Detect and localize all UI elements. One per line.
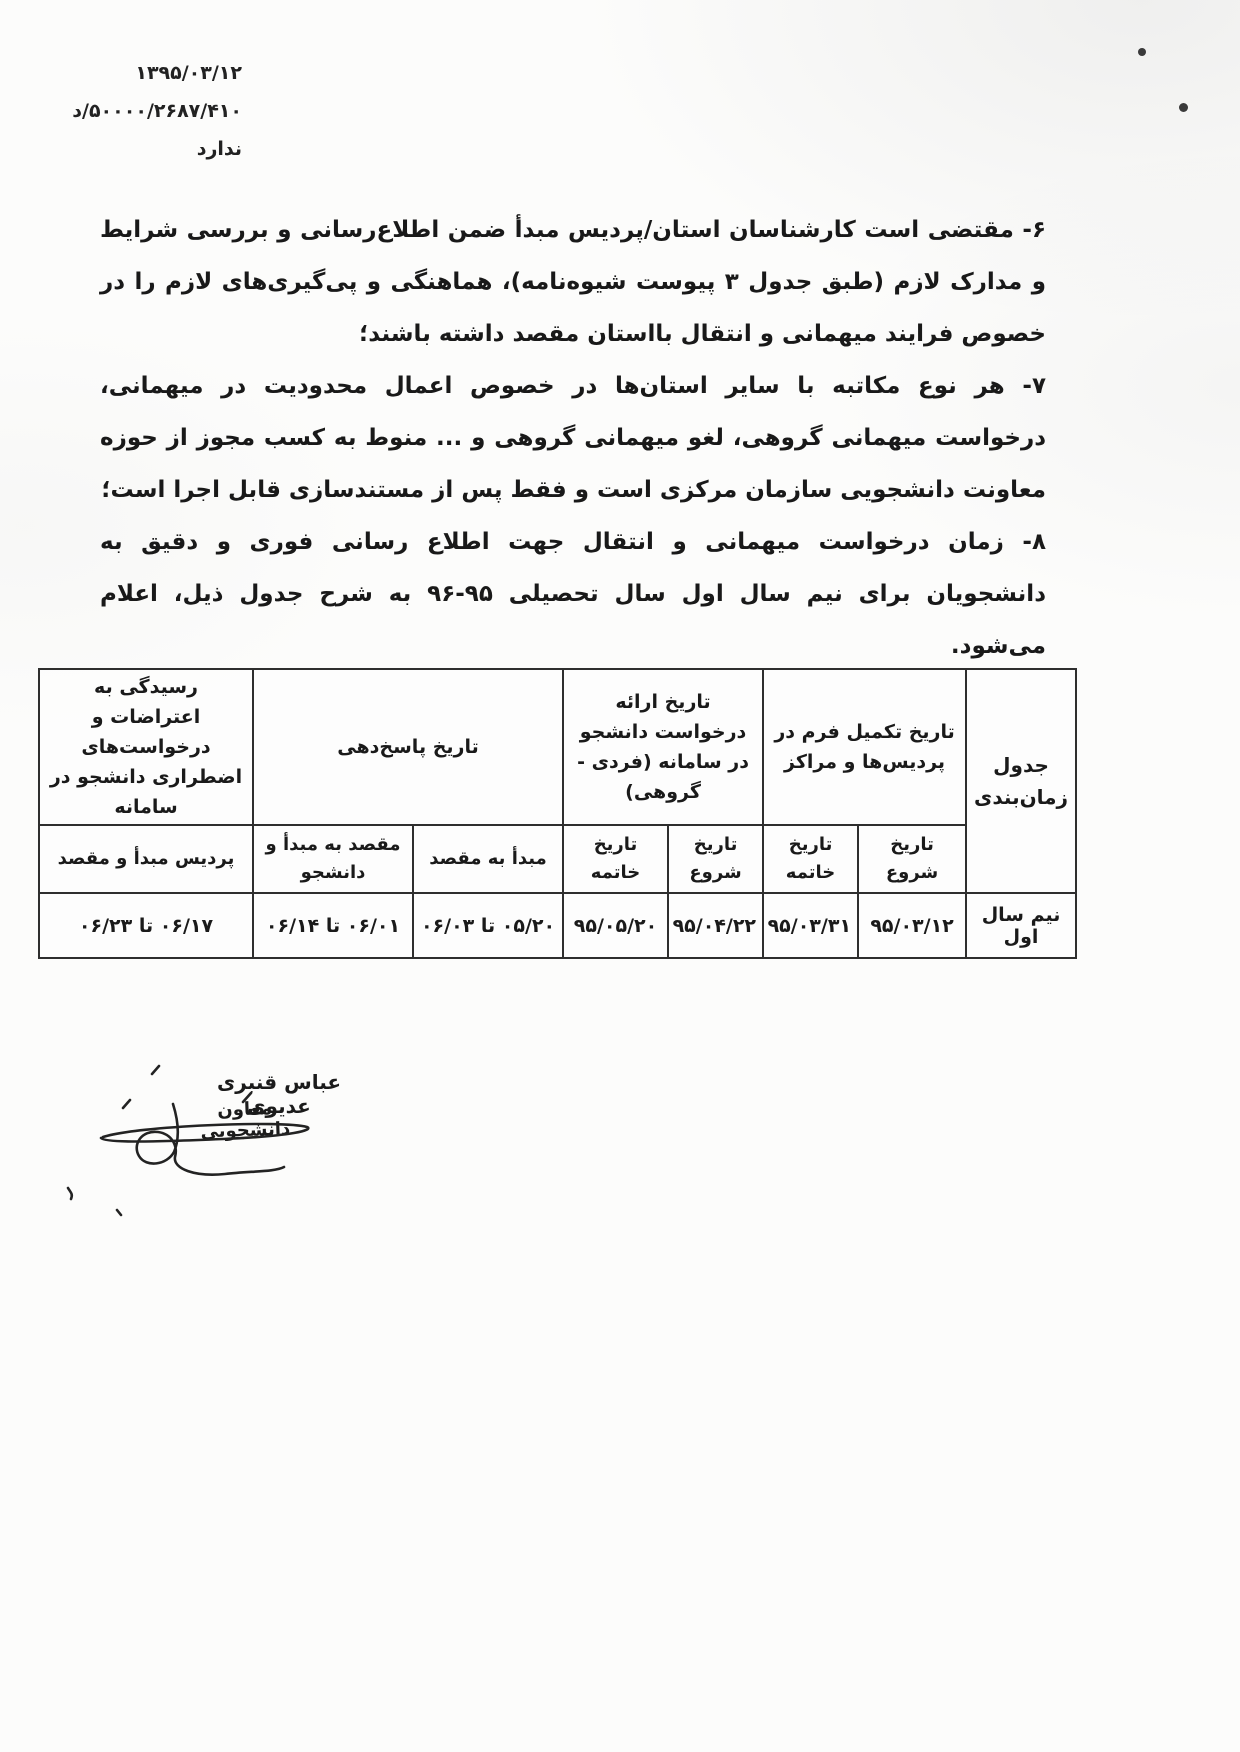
value-form-start-date: ۹۵/۰۳/۱۲ bbox=[858, 893, 966, 958]
value-objections-range: ۰۶/۱۷ تا ۰۶/۲۳ bbox=[39, 893, 253, 958]
subheader-destination-to-origin-student: مقصد به مبدأ و دانشجو bbox=[253, 825, 413, 893]
scan-artifact-dot bbox=[1179, 103, 1188, 112]
group-header-response-dates: تاریخ پاسخ‌دهی bbox=[253, 669, 563, 825]
scanned-letter-page: ۱۳۹۵/۰۳/۱۲ د/۵۰۰۰۰/۲۶۸۷/۴۱۰ ندارد ۶- مقت… bbox=[0, 0, 1240, 1752]
value-destination-to-origin-range: ۰۶/۰۱ تا ۰۶/۱۴ bbox=[253, 893, 413, 958]
value-origin-to-destination-range: ۰۵/۲۰ تا ۰۶/۰۳ bbox=[413, 893, 563, 958]
paragraph-6: ۶- مقتضی است کارشناسان استان/پردیس مبدأ … bbox=[100, 204, 1046, 360]
letter-number-value: د/۵۰۰۰۰/۲۶۸۷/۴۱۰ bbox=[50, 92, 242, 130]
scan-artifact-dot bbox=[1138, 48, 1146, 56]
schedule-table: جدول زمان‌بندی تاریخ تکمیل فرم در پردیس‌… bbox=[38, 668, 1077, 959]
group-header-form-completion: تاریخ تکمیل فرم در پردیس‌ها و مراکز bbox=[763, 669, 966, 825]
subheader-form-end-date: تاریخ خاتمه bbox=[763, 825, 858, 893]
value-request-end-date: ۹۵/۰۵/۲۰ bbox=[563, 893, 668, 958]
subheader-origin-destination-campus: پردیس مبدأ و مقصد bbox=[39, 825, 253, 893]
corner-header-cell: جدول زمان‌بندی bbox=[966, 669, 1076, 893]
row-label-first-semester: نیم سال اول bbox=[966, 893, 1076, 958]
subheader-form-start-date: تاریخ شروع bbox=[858, 825, 966, 893]
value-form-end-date: ۹۵/۰۳/۳۱ bbox=[763, 893, 858, 958]
subheader-request-end-date: تاریخ خاتمه bbox=[563, 825, 668, 893]
group-header-request-submission: تاریخ ارائه درخواست دانشجو در سامانه (فر… bbox=[563, 669, 763, 825]
letter-body: ۶- مقتضی است کارشناسان استان/پردیس مبدأ … bbox=[100, 204, 1046, 672]
table-header-row-subcolumns: تاریخ شروع تاریخ خاتمه تاریخ شروع تاریخ … bbox=[39, 825, 1076, 893]
paragraph-7: ۷- هر نوع مکاتبه با سایر استان‌ها در خصو… bbox=[100, 360, 1046, 516]
subheader-origin-to-destination: مبدأ به مقصد bbox=[413, 825, 563, 893]
group-header-objections: رسیدگی به اعتراضات و درخواست‌های اضطراری… bbox=[39, 669, 253, 825]
letter-attachment-value: ندارد bbox=[197, 138, 242, 160]
subheader-request-start-date: تاریخ شروع bbox=[668, 825, 763, 893]
letter-meta-block: ۱۳۹۵/۰۳/۱۲ د/۵۰۰۰۰/۲۶۸۷/۴۱۰ ندارد bbox=[50, 54, 242, 168]
table-header-row-groups: جدول زمان‌بندی تاریخ تکمیل فرم در پردیس‌… bbox=[39, 669, 1076, 825]
paragraph-8: ۸- زمان درخواست میهمانی و انتقال جهت اطل… bbox=[100, 516, 1046, 672]
table-data-row: نیم سال اول ۹۵/۰۳/۱۲ ۹۵/۰۳/۳۱ ۹۵/۰۴/۲۲ ۹… bbox=[39, 893, 1076, 958]
handwritten-signature-scribble bbox=[55, 1060, 315, 1220]
value-request-start-date: ۹۵/۰۴/۲۲ bbox=[668, 893, 763, 958]
letter-date-value: ۱۳۹۵/۰۳/۱۲ bbox=[50, 54, 242, 92]
